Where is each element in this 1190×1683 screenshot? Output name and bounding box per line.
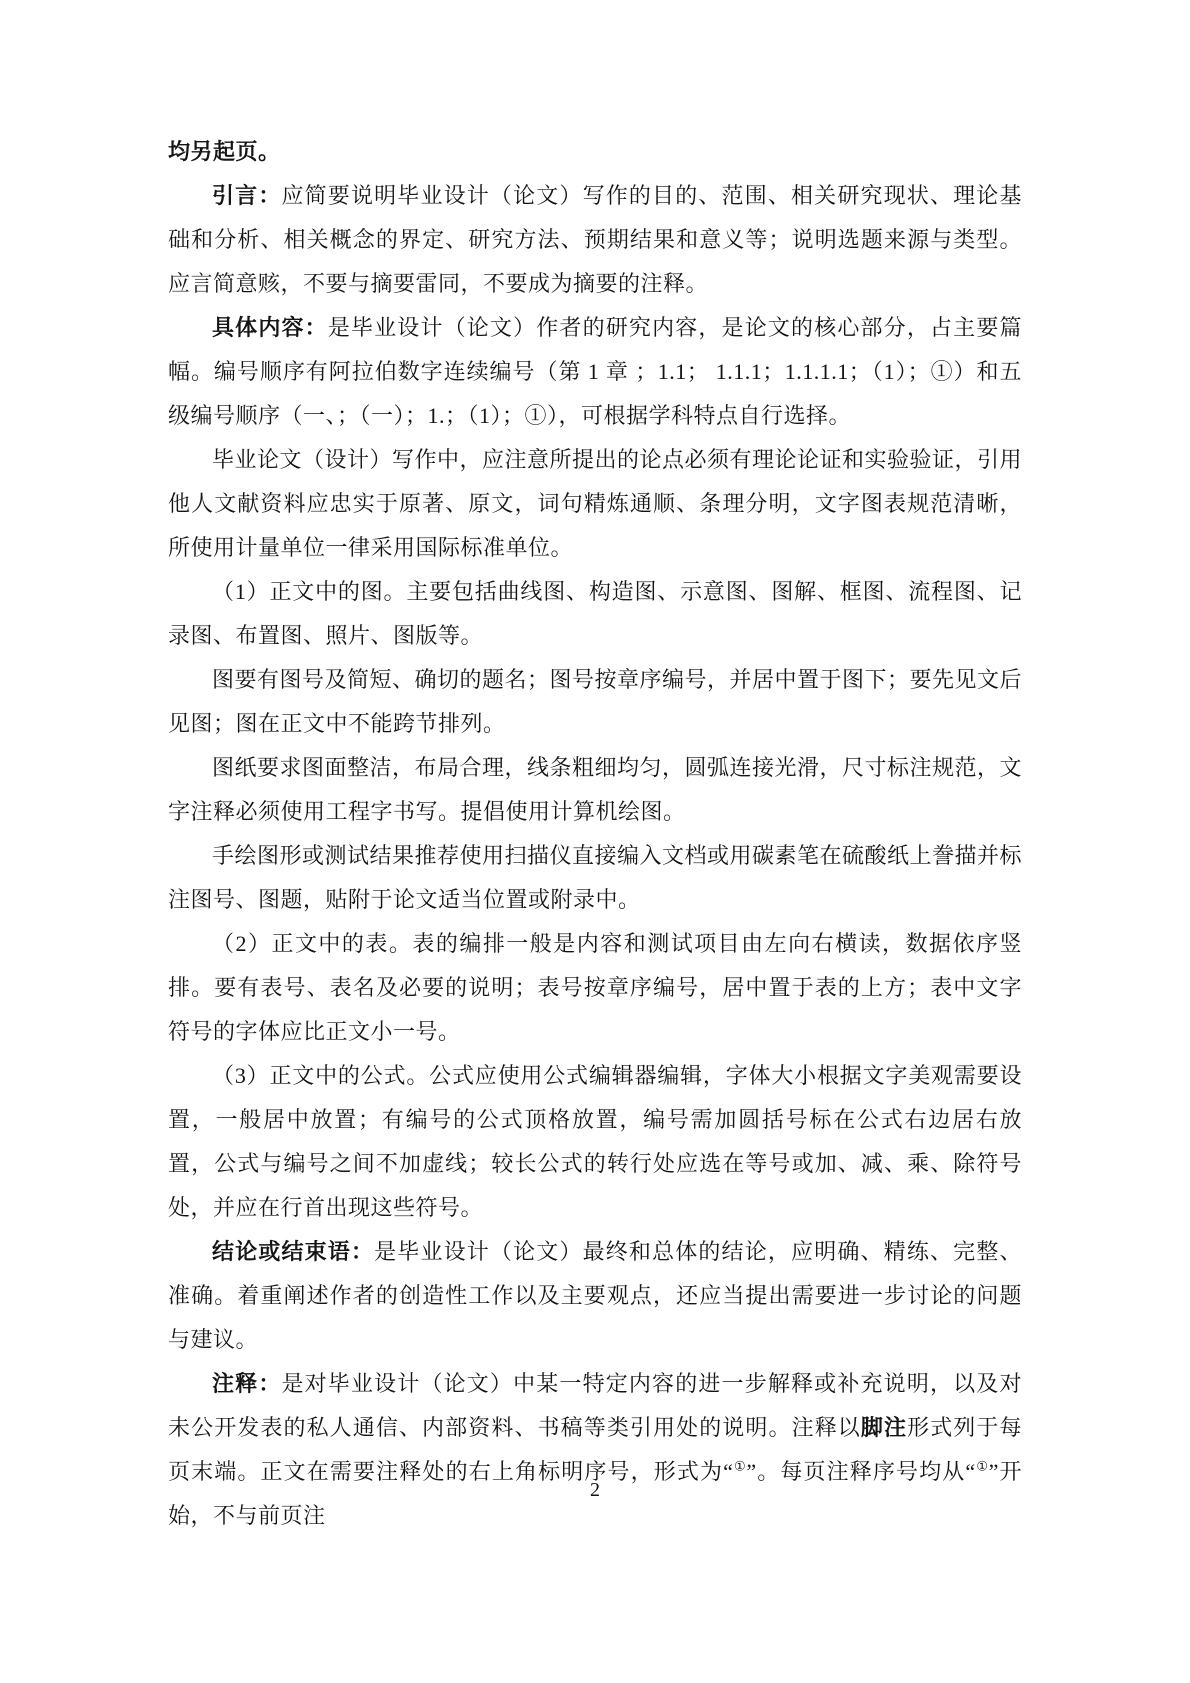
paragraph: （2）正文中的表。表的编排一般是内容和测试项目由左向右横读，数据依序竖排。要有表… [168,922,1022,1054]
text-segment: 具体内容： [212,315,328,340]
paragraph: 图要有图号及简短、确切的题名；图号按章序编号，并居中置于图下；要先见文后见图；图… [168,658,1022,746]
paragraph: 引言：应简要说明毕业设计（论文）写作的目的、范围、相关研究现状、理论基础和分析、… [168,174,1022,306]
text-segment: （1）正文中的图。主要包括曲线图、构造图、示意图、图解、框图、流程图、记录图、布… [168,579,1022,648]
text-segment: 注释： [212,1371,281,1396]
text-segment: 手绘图形或测试结果推荐使用扫描仪直接编入文档或用碳素笔在硫酸纸上誊描并标注图号、… [168,843,1022,912]
paragraph: 注释：是对毕业设计（论文）中某一特定内容的进一步解释或补充说明，以及对未公开发表… [168,1362,1022,1538]
document-page: 均另起页。引言：应简要说明毕业设计（论文）写作的目的、范围、相关研究现状、理论基… [0,0,1190,1683]
paragraph: 均另起页。 [168,130,1022,174]
paragraph: 图纸要求图面整洁，布局合理，线条粗细均匀，圆弧连接光滑，尺寸标注规范，文字注释必… [168,746,1022,834]
text-segment: 图纸要求图面整洁，布局合理，线条粗细均匀，圆弧连接光滑，尺寸标注规范，文字注释必… [168,755,1022,824]
paragraph: 毕业论文（设计）写作中，应注意所提出的论点必须有理论论证和实验验证，引用他人文献… [168,438,1022,570]
text-segment: （2）正文中的表。表的编排一般是内容和测试项目由左向右横读，数据依序竖排。要有表… [168,931,1022,1044]
paragraph: 具体内容：是毕业设计（论文）作者的研究内容，是论文的核心部分，占主要篇幅。编号顺… [168,306,1022,438]
paragraph: （1）正文中的图。主要包括曲线图、构造图、示意图、图解、框图、流程图、记录图、布… [168,570,1022,658]
paragraph: 手绘图形或测试结果推荐使用扫描仪直接编入文档或用碳素笔在硫酸纸上誊描并标注图号、… [168,834,1022,922]
text-segment: 毕业论文（设计）写作中，应注意所提出的论点必须有理论论证和实验验证，引用他人文献… [168,447,1022,560]
text-segment: （3）正文中的公式。公式应使用公式编辑器编辑，字体大小根据文字美观需要设置，一般… [168,1063,1022,1220]
text-segment: 应简要说明毕业设计（论文）写作的目的、范围、相关研究现状、理论基础和分析、相关概… [168,183,1022,296]
text-segment: 图要有图号及简短、确切的题名；图号按章序编号，并居中置于图下；要先见文后见图；图… [168,667,1022,736]
page-number: 2 [0,1476,1190,1504]
text-segment: 脚注 [861,1415,907,1440]
text-segment: 均另起页。 [168,139,281,164]
text-segment: 结论或结束语： [212,1239,374,1264]
document-body: 均另起页。引言：应简要说明毕业设计（论文）写作的目的、范围、相关研究现状、理论基… [168,130,1022,1538]
text-segment: ① [733,1459,746,1474]
paragraph: 结论或结束语：是毕业设计（论文）最终和总体的结论，应明确、精练、完整、准确。着重… [168,1230,1022,1362]
paragraph: （3）正文中的公式。公式应使用公式编辑器编辑，字体大小根据文字美观需要设置，一般… [168,1054,1022,1230]
text-segment: ① [976,1459,989,1474]
text-segment: 引言： [212,183,281,208]
